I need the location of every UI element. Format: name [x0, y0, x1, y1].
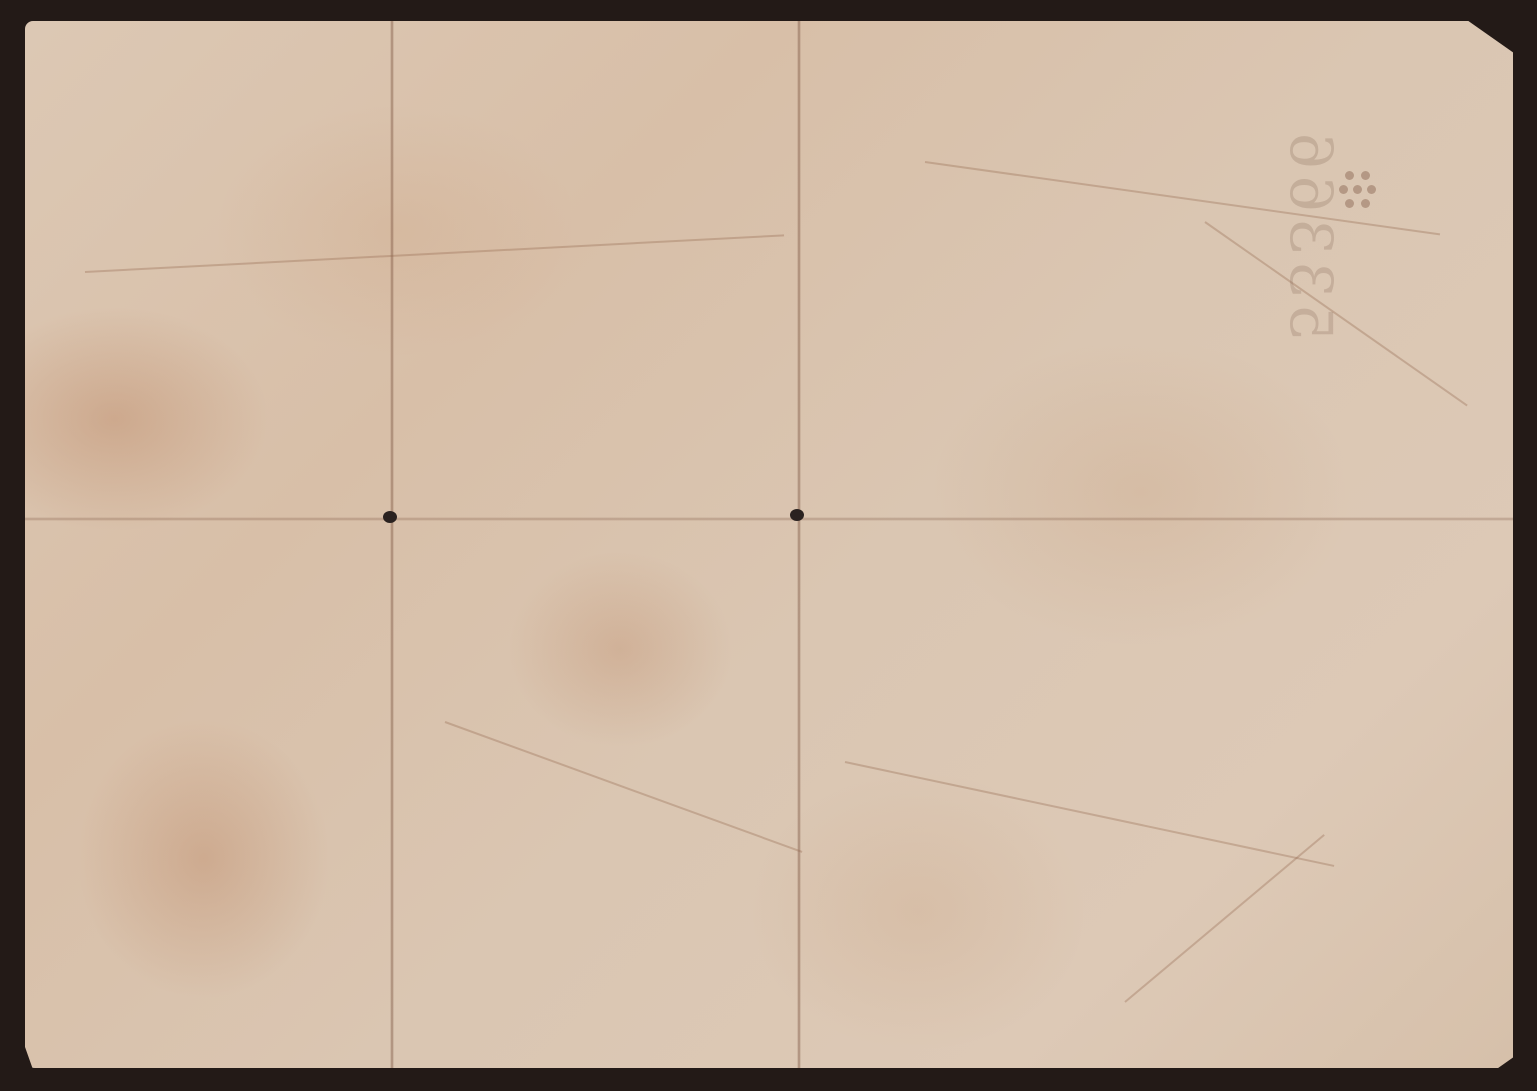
horizontal-fold	[25, 517, 1513, 521]
crease	[85, 234, 784, 273]
fold-hole-center	[790, 509, 804, 521]
fold-hole-left	[383, 511, 397, 523]
crease	[445, 721, 803, 853]
banknote-reverse: 53366 ​	[25, 21, 1513, 1068]
crease	[845, 761, 1334, 867]
vertical-fold-center	[797, 21, 801, 1068]
crease	[1124, 834, 1324, 1003]
serial-bleedthrough: 53366	[1277, 126, 1345, 341]
vertical-fold-left	[390, 21, 394, 1068]
